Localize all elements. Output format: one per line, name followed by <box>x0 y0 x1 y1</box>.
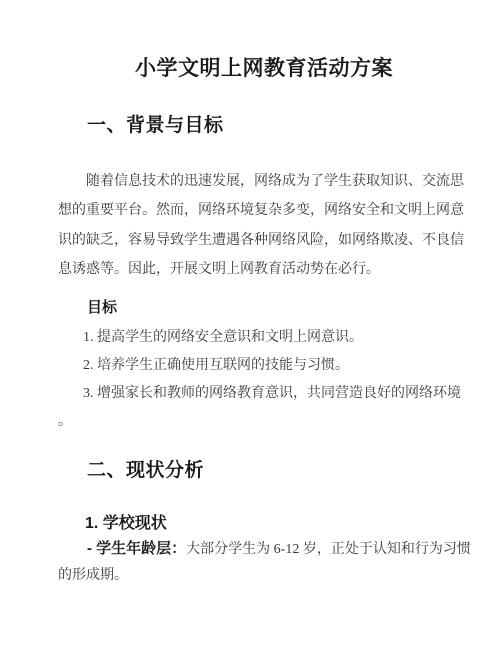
section2-heading: 二、现状分析 <box>58 460 442 482</box>
goal-item-3-overflow: 。 <box>58 408 442 436</box>
goals-label: 目标 <box>58 298 442 318</box>
goal-item-3: 3. 增强家长和教师的网络教育意识，共同营造良好的网络环境 <box>58 380 442 408</box>
section1-heading: 一、背景与目标 <box>58 115 442 137</box>
subsection-heading-school-status: 1. 学校现状 <box>58 514 442 534</box>
student-age-label: - 学生年龄层： <box>87 540 186 557</box>
intro-line-4: 息诱惑等。因此，开展文明上网教育活动势在必行。 <box>58 255 442 284</box>
student-age-paragraph: - 学生年龄层：大部分学生为 6-12 岁，正处于认知和行为习惯 的形成期。 <box>58 536 442 589</box>
intro-paragraph: 随着信息技术的迅速发展，网络成为了学生获取知识、交流思 想的重要平台。然而，网络… <box>58 167 442 285</box>
student-age-text: 大部分学生为 6-12 岁，正处于认知和行为习惯 <box>186 542 471 557</box>
student-age-line-2: 的形成期。 <box>58 563 442 589</box>
document-title: 小学文明上网教育活动方案 <box>58 55 442 82</box>
student-age-line-1: - 学生年龄层：大部分学生为 6-12 岁，正处于认知和行为习惯 <box>58 536 442 563</box>
intro-line-2: 想的重要平台。然而，网络环境复杂多变，网络安全和文明上网意 <box>58 196 442 225</box>
goals-list: 1. 提高学生的网络安全意识和文明上网意识。 2. 培养学生正确使用互联网的技能… <box>58 324 442 437</box>
goal-item-1: 1. 提高学生的网络安全意识和文明上网意识。 <box>58 324 442 352</box>
intro-line-3: 识的缺乏，容易导致学生遭遇各种网络风险，如网络欺凌、不良信 <box>58 226 442 255</box>
goal-item-2: 2. 培养学生正确使用互联网的技能与习惯。 <box>58 352 442 380</box>
document-page: 小学文明上网教育活动方案 一、背景与目标 随着信息技术的迅速发展，网络成为了学生… <box>0 0 500 647</box>
intro-line-1: 随着信息技术的迅速发展，网络成为了学生获取知识、交流思 <box>58 167 442 196</box>
